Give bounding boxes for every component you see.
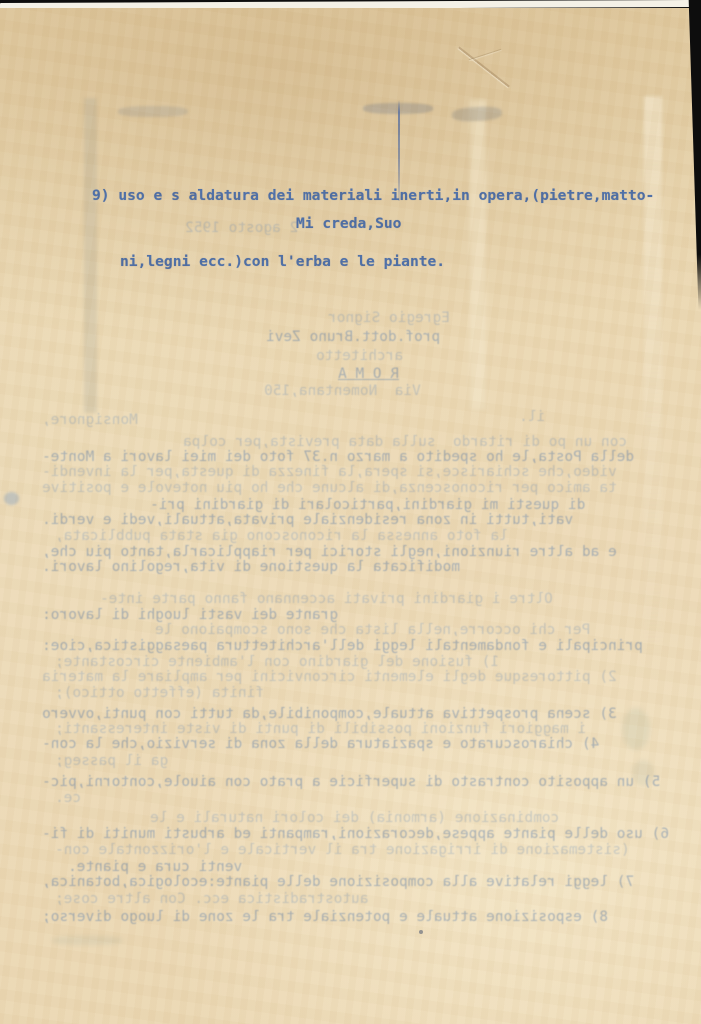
bleedthrough-line: Monsignore,	[42, 412, 138, 428]
scanned-letter-page: 2 agosto 1952Egregio Signorprof.dott.Bru…	[0, 0, 701, 1024]
bleedthrough-line: prof.dott.Bruno Zevi	[266, 329, 440, 345]
bleedthrough-line: (sistemazione di irrigazione tra il vert…	[55, 842, 630, 858]
bleedthrough-line: 1) fusione del giardino con l'ambiente c…	[55, 654, 499, 670]
bleedthrough-line: 3) scena prospettiva attuale,componibile…	[42, 706, 617, 722]
bleedthrough-line: 2) pittoresque degli elementi circonvici…	[42, 669, 617, 685]
bleedthrough-line: R O M A	[338, 366, 399, 382]
bleedthrough-line: 7) leggi relative alla composizione dell…	[42, 874, 634, 890]
bleedthrough-line: vati,tutti in zona residenziale privata,…	[42, 512, 573, 528]
bleedthrough-line: combinazione (armonia) dei colori natura…	[150, 810, 559, 826]
bleedthrough-line: video,che schiarisce,si spera,la finezza…	[42, 464, 617, 480]
bleedthrough-line: ta amico per riconoscenza,di alcune che …	[42, 480, 617, 496]
bleedthrough-line: i maggiori funzioni possibili di punti d…	[55, 721, 586, 737]
bleedthrough-line: principali e fondamentali leggi dell'arc…	[42, 638, 643, 654]
bleedthrough-line: 6) uso delle piante appese,decorazioni,r…	[42, 826, 669, 842]
bleedthrough-line: ce.	[55, 790, 81, 806]
ink-smudge	[452, 106, 503, 123]
bleedthrough-line: 5) un apposito contrasto di superficie a…	[42, 774, 660, 790]
blue-ink-smudge	[4, 492, 19, 505]
letter-paper: 2 agosto 1952Egregio Signorprof.dott.Bru…	[0, 8, 701, 1024]
typed-line-2: ni,legni ecc.)con l'erba e le piante.	[120, 251, 654, 273]
bleedthrough-line: 8) esposizione attuale e potenziale tra …	[42, 909, 608, 925]
typed-line-1: 9) uso e s aldatura dei materiali inerti…	[92, 185, 654, 207]
bleedthrough-line: finita (effetto ottico);	[55, 685, 264, 701]
bleedthrough-line: 4) chiaroscurato e spaziatura della zona…	[42, 736, 599, 752]
bleedthrough-line: della Posta,le ho spedito a marzo n.37 f…	[42, 449, 634, 465]
closing-line: Mi creda,Suo	[296, 215, 401, 232]
bleedthrough-line: con un po di ritardo sulla data prevista…	[183, 434, 627, 450]
bleedthrough-line: Per chi occorre,nella lista che sono sco…	[155, 622, 590, 638]
paper-crease	[469, 49, 502, 60]
bleedthrough-line: autostradistica ecc. Con altre cose;	[55, 891, 368, 907]
stain-mark	[622, 708, 650, 750]
paper-crease	[458, 47, 510, 88]
bleedthrough-line: ga il passeg;	[55, 753, 168, 769]
bleedthrough-line: il.	[519, 409, 545, 425]
stain-mark	[632, 760, 654, 786]
bleedthrough-line: architetto	[316, 348, 403, 364]
bleedthrough-line: grante dei vasti luoghi di lavoro:	[42, 607, 338, 623]
bleedthrough-line: venti cura e piante.	[68, 859, 242, 875]
ink-speck	[419, 930, 423, 934]
bleedthrough-line: la foto annessa la riconoscono gia stata…	[55, 528, 508, 544]
bleedthrough-line: e ad altre riunzioni,negli storici per r…	[42, 544, 617, 560]
bleedthrough-line: modificata la questione di vita,regolino…	[42, 559, 460, 575]
ink-smudge	[118, 106, 188, 117]
bleedthrough-line: di questi mi giardini,particolari di gia…	[150, 497, 585, 513]
dust-marks	[52, 936, 122, 945]
bleedthrough-line: Oltre i giardini privati accennano fanno…	[100, 591, 553, 607]
bleedthrough-line: Via Nomentana,150	[264, 383, 421, 399]
